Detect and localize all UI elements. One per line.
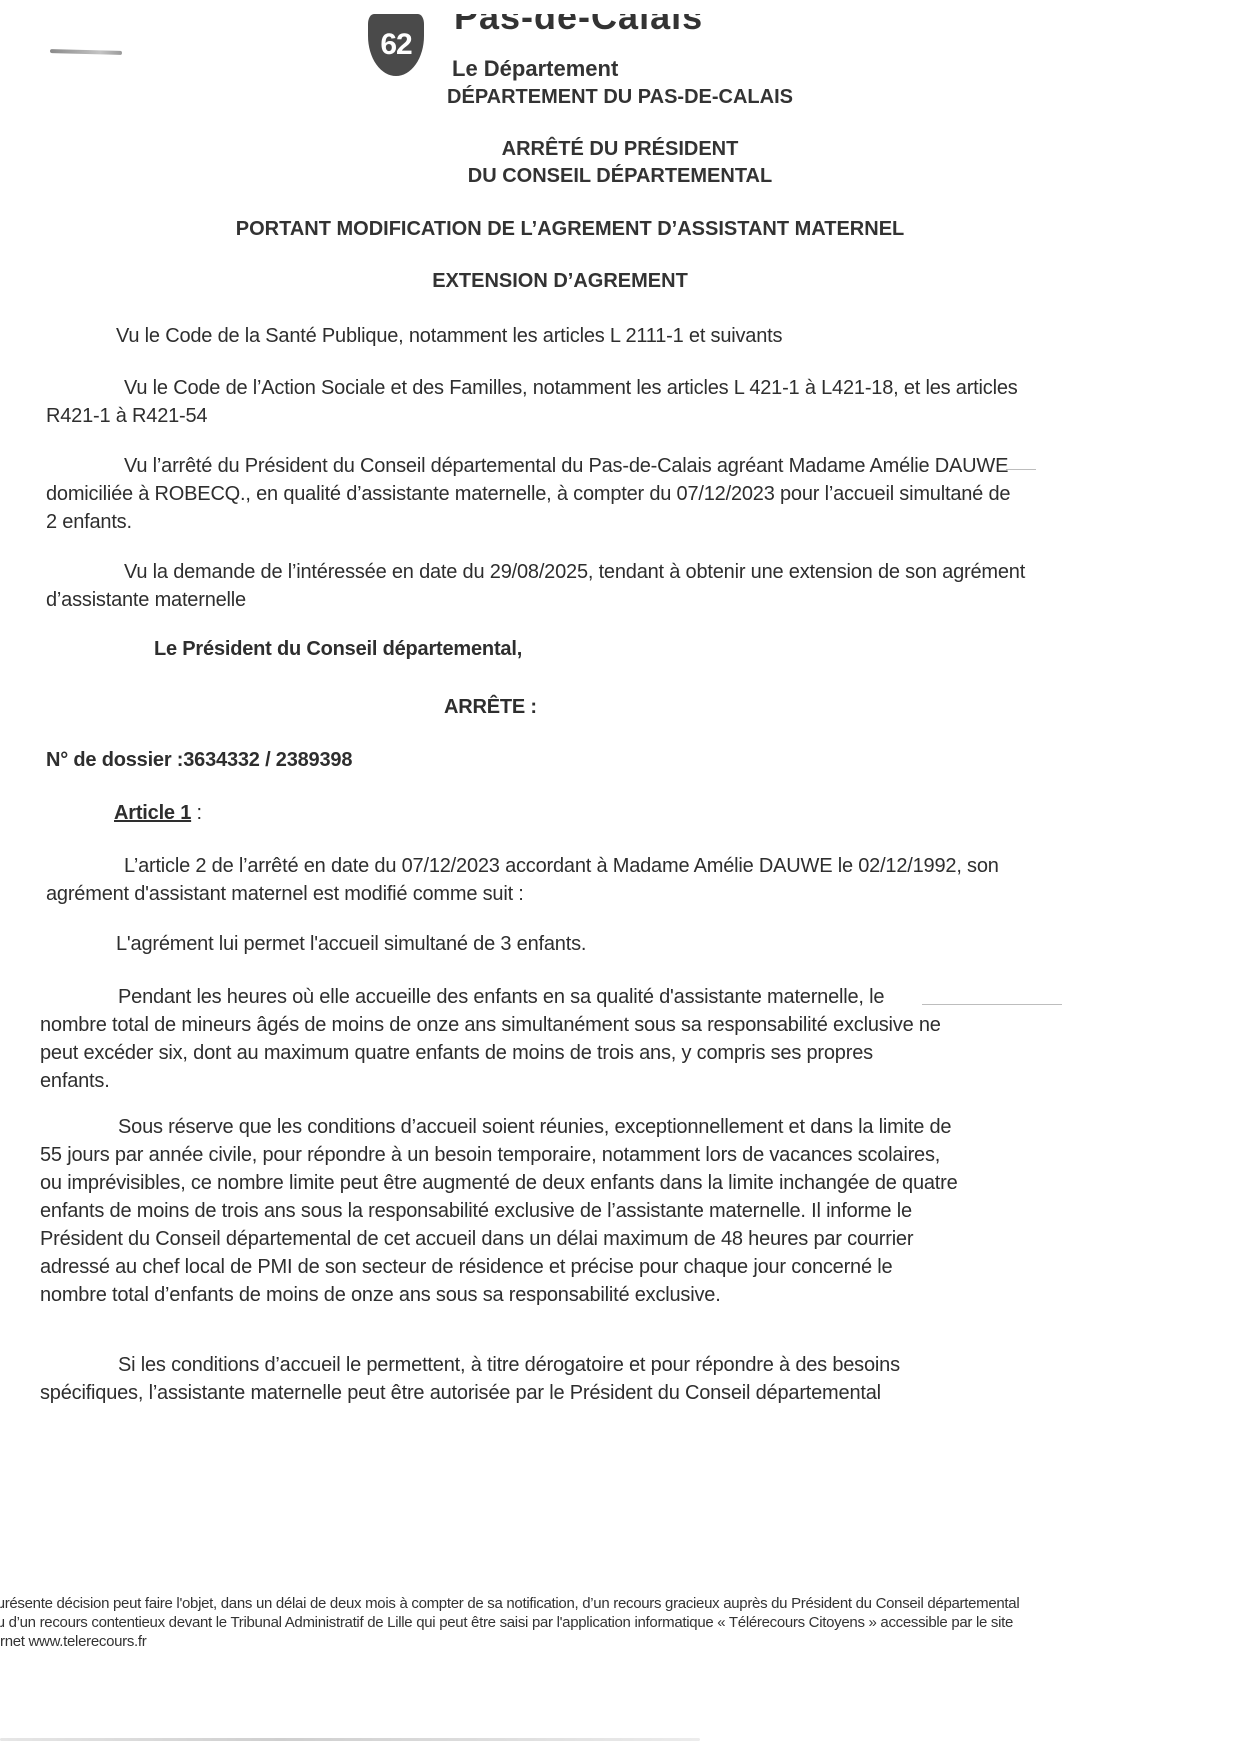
article-1-title: Article 1: [114, 802, 191, 824]
logo-subtitle: Le Département: [452, 56, 618, 82]
consideration-3: Vu l’arrêté du Président du Conseil dépa…: [46, 452, 1011, 536]
decree-heading: ARRÊTE :: [444, 693, 537, 721]
scan-artifact-line: [922, 1004, 1062, 1005]
article-1-heading: Article 1 :: [114, 799, 202, 827]
department-heading: DÉPARTEMENT DU PAS-DE-CALAIS: [0, 86, 1240, 109]
file-number: N° de dossier :3634332 / 2389398: [46, 746, 352, 774]
document-subtitle: EXTENSION D’AGREMENT: [0, 270, 1180, 293]
department-logo-badge: 62: [368, 14, 424, 76]
legal-notice-line-2: ɹ d’un recours contentieux devant le Tri…: [0, 1613, 1140, 1632]
scan-bottom-edge: [0, 1738, 700, 1741]
article-1-paragraph-1: L’article 2 de l’arrêté en date du 07/12…: [46, 852, 1006, 908]
authority-statement: Le Président du Conseil départemental,: [154, 635, 522, 663]
article-1-paragraph-4: Sous réserve que les conditions d’accuei…: [40, 1113, 960, 1309]
legal-notice-line-3: rnet www.telerecours.fr: [0, 1632, 1140, 1651]
logo-number: 62: [380, 28, 411, 62]
article-1-paragraph-3: Pendant les heures où elle accueille des…: [40, 983, 945, 1095]
article-1-paragraph-2: L'agrément lui permet l'accueil simultan…: [116, 930, 1016, 958]
consideration-2: Vu le Code de l’Action Sociale et des Fa…: [46, 374, 1046, 430]
article-1-paragraph-5: Si les conditions d’accueil le permetten…: [40, 1351, 980, 1407]
legal-notice-line-1: ɹrésente décision peut faire l'objet, da…: [0, 1594, 1140, 1613]
logo-name: Pas-de-Calais: [454, 14, 703, 40]
scan-artifact-line: [1006, 469, 1036, 470]
title-line-1: ARRÊTÉ DU PRÉSIDENT: [0, 138, 1240, 161]
consideration-1: Vu le Code de la Santé Publique, notamme…: [116, 322, 1116, 350]
consideration-4: Vu la demande de l’intéressée en date du…: [46, 558, 1046, 614]
article-1-colon: :: [191, 802, 202, 824]
title-line-2: DU CONSEIL DÉPARTEMENTAL: [0, 165, 1240, 188]
legal-notice: ɹrésente décision peut faire l'objet, da…: [0, 1594, 1140, 1651]
document-subject: PORTANT MODIFICATION DE L’AGREMENT D’ASS…: [0, 218, 1190, 241]
scan-artifact-mark: [50, 49, 122, 55]
